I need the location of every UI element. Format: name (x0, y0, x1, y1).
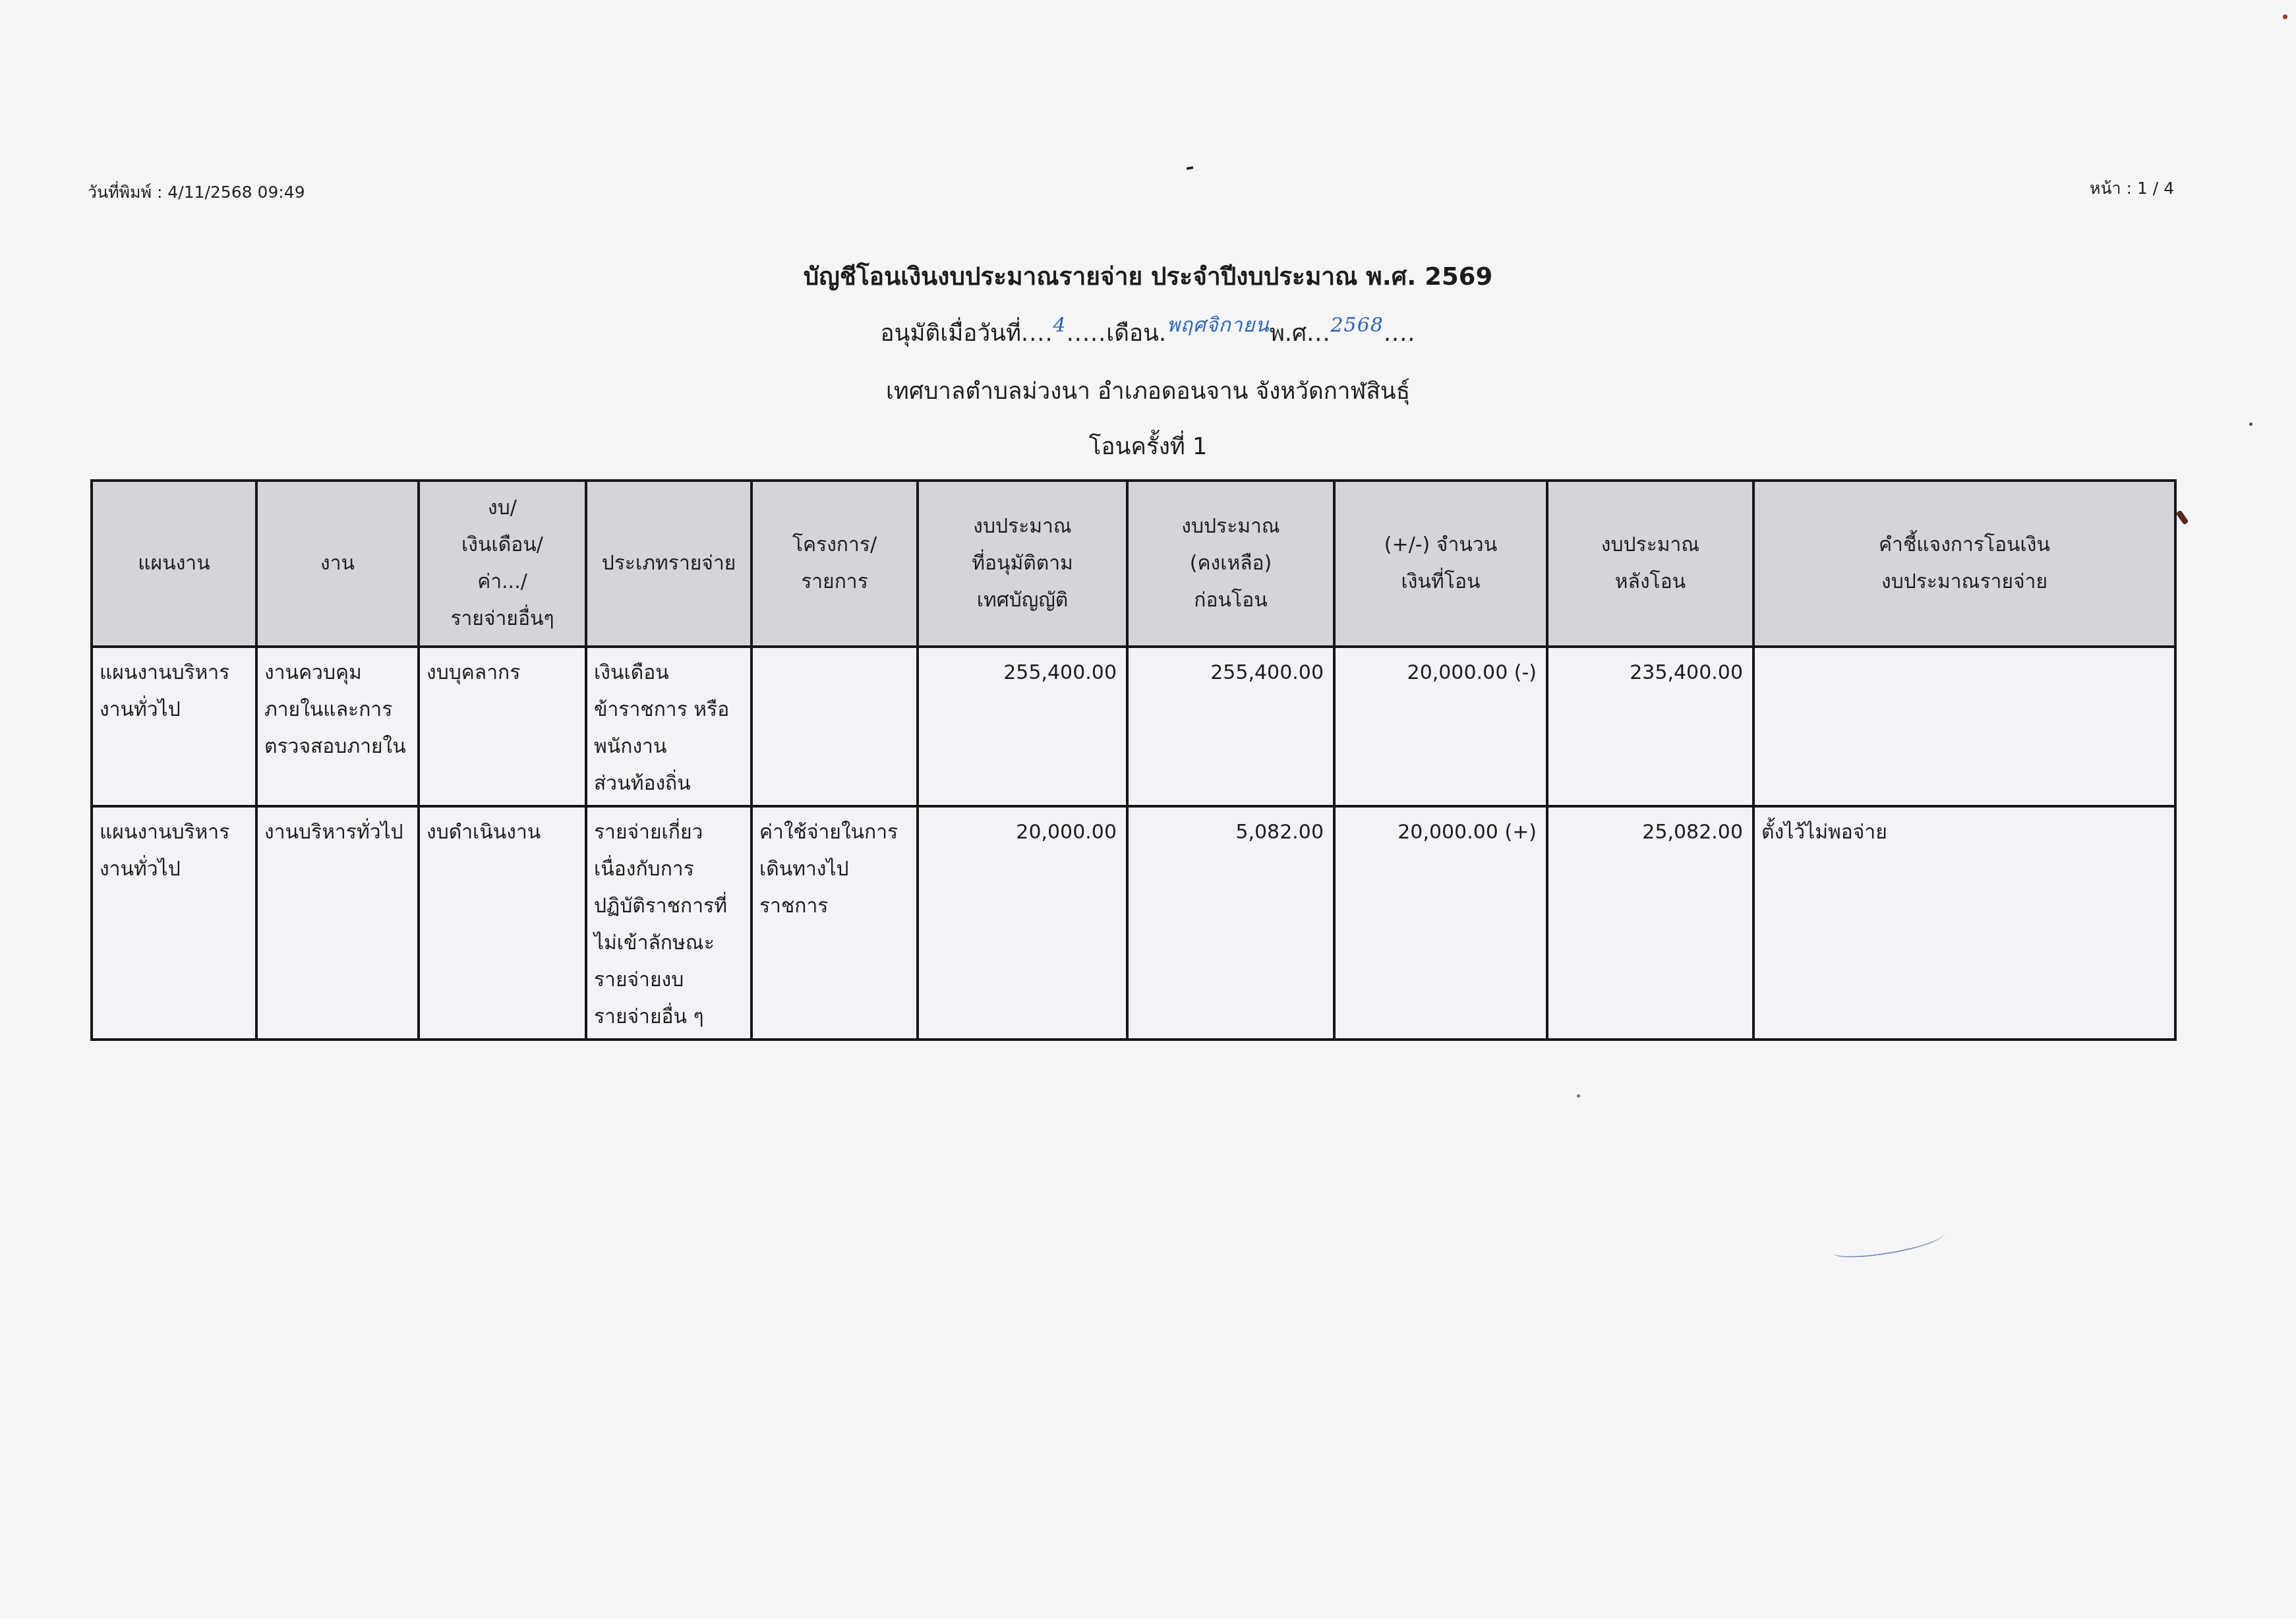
cell-remaining-before: 5,082.00 (1127, 806, 1334, 1040)
cell-project (751, 647, 918, 806)
cell-text: ตรวจสอบภายใน (264, 728, 411, 765)
scan-mark (2176, 510, 2189, 525)
month-label: เดือน (1106, 320, 1159, 347)
cell-text: เดินทางไป (759, 851, 910, 888)
table-header-row: แผนงานงานงบ/เงินเดือน/ค่า.../รายจ่ายอื่น… (92, 481, 2175, 647)
cell-text: ปฏิบัติราชการที่ (594, 888, 744, 925)
column-header-remaining-before: งบประมาณ(คงเหลือ)ก่อนโอน (1127, 481, 1334, 647)
header-text: งบประมาณรายจ่าย (1759, 564, 2170, 601)
header-text: เทศบัญญัติ (923, 582, 1122, 619)
year-label: พ.ศ (1270, 320, 1307, 347)
column-header-explanation: คำชี้แจงการโอนเงินงบประมาณรายจ่าย (1753, 481, 2175, 647)
cell-text: เงินเดือน (594, 655, 744, 692)
cell-text: เนื่องกับการ (594, 851, 744, 888)
scan-mark (1187, 166, 1194, 170)
header-text: งบประมาณ (1133, 508, 1329, 545)
cell-text: แผนงานบริหาร (100, 655, 249, 692)
approval-year: 2568 (1331, 314, 1384, 337)
cell-text: งานทั่วไป (100, 692, 249, 728)
scan-speck (1577, 1094, 1580, 1098)
cell-transfer-amount: 20,000.00 (+) (1334, 806, 1547, 1040)
cell-text: รายจ่ายงบ (594, 962, 744, 999)
cell-text: ค่าใช้จ่ายในการ (759, 814, 910, 851)
cell-text: พนักงาน (594, 728, 744, 765)
table-row: แผนงานบริหารงานทั่วไปงานควบคุมภายในและกา… (92, 647, 2175, 806)
cell-budget-after: 235,400.00 (1547, 647, 1753, 806)
column-header-work: งาน (256, 481, 419, 647)
cell-text: งานควบคุม (264, 655, 411, 692)
cell-budget-after: 25,082.00 (1547, 806, 1753, 1040)
header-text: เงินเดือน/ (424, 527, 581, 564)
cell-text: รายจ่ายเกี่ยว (594, 814, 744, 851)
cell-text: แผนงานบริหาร (100, 814, 249, 851)
cell-budget-category: งบบุคลากร (419, 647, 586, 806)
header-text: (คงเหลือ) (1133, 545, 1329, 582)
cell-text: ภายในและการ (264, 692, 411, 728)
column-header-expense-type: ประเภทรายจ่าย (586, 481, 751, 647)
cell-approved-budget: 255,400.00 (918, 647, 1127, 806)
cell-approved-budget: 20,000.00 (918, 806, 1127, 1040)
cell-transfer-amount: 20,000.00 (-) (1334, 647, 1547, 806)
header-text: งบประมาณ (1552, 527, 1748, 564)
header-text: งาน (262, 545, 413, 582)
approval-prefix: อนุมัติเมื่อวันที่ (881, 320, 1021, 347)
cell-text: 25,082.00 (1642, 821, 1743, 844)
cell-text: งานทั่วไป (100, 851, 249, 888)
approval-month: พฤศจิกายน (1167, 314, 1270, 337)
cell-text: 255,400.00 (1003, 661, 1117, 684)
cell-explanation (1753, 647, 2175, 806)
header-text: ค่า.../ (424, 564, 581, 601)
cell-text: รายจ่ายอื่น ๆ (594, 999, 744, 1036)
table-row: แผนงานบริหารงานทั่วไปงานบริหารทั่วไปงบดำ… (92, 806, 2175, 1040)
cell-text: งานบริหารทั่วไป (264, 814, 411, 851)
header-text: โครงการ/ (757, 527, 912, 564)
organization-name: เทศบาลตำบลม่วงนา อำเภอดอนจาน จังหวัดกาฬส… (0, 373, 2296, 409)
cell-plan: แผนงานบริหารงานทั่วไป (92, 806, 256, 1040)
header-text: แผนงาน (97, 545, 251, 582)
header-text: ประเภทรายจ่าย (591, 545, 746, 582)
cell-work: งานควบคุมภายในและการตรวจสอบภายใน (256, 647, 419, 806)
cell-text: 235,400.00 (1630, 661, 1743, 684)
cell-work: งานบริหารทั่วไป (256, 806, 419, 1040)
cell-text: 255,400.00 (1210, 661, 1324, 684)
header-text: หลังโอน (1552, 564, 1748, 601)
day-dots: ....4..... (1021, 320, 1106, 347)
cell-plan: แผนงานบริหารงานทั่วไป (92, 647, 256, 806)
document-title: บัญชีโอนเงินงบประมาณรายจ่าย ประจำปีงบประ… (0, 257, 2296, 296)
cell-text: 20,000.00 (1016, 821, 1117, 844)
cell-text: 5,082.00 (1235, 821, 1324, 844)
approval-day: 4 (1053, 314, 1067, 337)
column-header-budget-after: งบประมาณหลังโอน (1547, 481, 1753, 647)
cell-text: งบบุคลากร (427, 655, 578, 692)
column-header-project: โครงการ/รายการ (751, 481, 918, 647)
budget-transfer-table: แผนงานงานงบ/เงินเดือน/ค่า.../รายจ่ายอื่น… (90, 479, 2177, 1041)
cell-text: 20,000.00 (+) (1398, 821, 1537, 844)
cell-text: ข้าราชการ หรือ (594, 692, 744, 728)
cell-expense-type: เงินเดือนข้าราชการ หรือพนักงานส่วนท้องถิ… (586, 647, 751, 806)
header-text: ที่อนุมัติตาม (923, 545, 1122, 582)
month-dots: .พฤศจิกายน (1159, 320, 1270, 347)
column-header-approved-budget: งบประมาณที่อนุมัติตามเทศบัญญัติ (918, 481, 1127, 647)
cell-text: ไม่เข้าลักษณะ (594, 925, 744, 962)
scan-speck (2249, 423, 2252, 426)
cell-text: งบดำเนินงาน (427, 814, 578, 851)
cell-text: ราชการ (759, 888, 910, 925)
scan-speck (2283, 15, 2287, 19)
column-header-transfer-amount: (+/-) จำนวนเงินที่โอน (1334, 481, 1547, 647)
cell-explanation: ตั้งไว้ไม่พอจ่าย (1753, 806, 2175, 1040)
column-header-budget-category: งบ/เงินเดือน/ค่า.../รายจ่ายอื่นๆ (419, 481, 586, 647)
cell-expense-type: รายจ่ายเกี่ยวเนื่องกับการปฏิบัติราชการที… (586, 806, 751, 1040)
approval-line: อนุมัติเมื่อวันที่....4.....เดือน.พฤศจิก… (0, 315, 2296, 351)
cell-text: ตั้งไว้ไม่พอจ่าย (1761, 821, 1887, 844)
header-text: รายการ (757, 564, 912, 601)
year-dots: ...2568.... (1307, 320, 1415, 347)
cell-remaining-before: 255,400.00 (1127, 647, 1334, 806)
header-text: เงินที่โอน (1339, 564, 1542, 601)
cell-text: 20,000.00 (-) (1407, 661, 1537, 684)
page-number: หน้า : 1 / 4 (2090, 175, 2174, 202)
header-text: งบประมาณ (923, 508, 1122, 545)
column-header-plan: แผนงาน (92, 481, 256, 647)
header-text: (+/-) จำนวน (1339, 527, 1542, 564)
transfer-round: โอนครั้งที่ 1 (0, 428, 2296, 465)
cell-text: ส่วนท้องถิ่น (594, 765, 744, 802)
header-text: คำชี้แจงการโอนเงิน (1759, 527, 2170, 564)
pen-stroke (1832, 1225, 1946, 1261)
header-text: รายจ่ายอื่นๆ (424, 601, 581, 637)
header-text: ก่อนโอน (1133, 582, 1329, 619)
cell-budget-category: งบดำเนินงาน (419, 806, 586, 1040)
header-text: งบ/ (424, 490, 581, 527)
print-date: วันที่พิมพ์ : 4/11/2568 09:49 (88, 179, 305, 206)
cell-project: ค่าใช้จ่ายในการเดินทางไปราชการ (751, 806, 918, 1040)
